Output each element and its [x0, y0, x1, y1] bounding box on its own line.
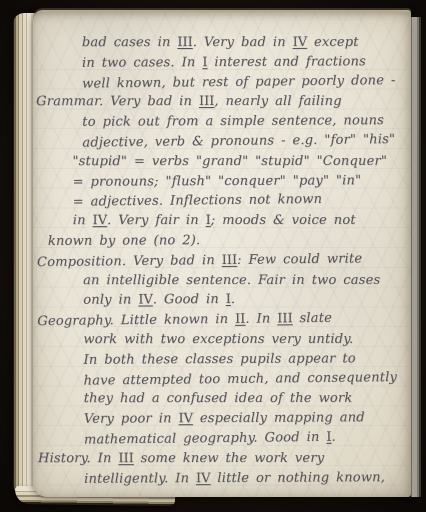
- class-numeral: I: [226, 292, 231, 307]
- class-numeral: III: [118, 451, 133, 466]
- class-numeral: IV: [93, 213, 108, 228]
- manuscript-line: known by one (no 2).: [35, 230, 409, 252]
- class-numeral: II: [235, 312, 245, 327]
- class-numeral: III: [222, 253, 238, 268]
- manuscript-line: = adjectives. Inflections not known: [35, 189, 409, 213]
- notebook-page: bad cases in III. Very bad in IV excepti…: [33, 12, 411, 497]
- manuscript-line: Geography. Little known in II. In III sl…: [35, 308, 409, 332]
- manuscript-line: mathematical geography. Good in I.: [36, 427, 410, 451]
- class-numeral: IV: [293, 35, 308, 50]
- manuscript-line: bad cases in III. Very bad in IV except: [34, 33, 408, 53]
- class-numeral: I: [326, 430, 331, 445]
- photo-background: bad cases in III. Very bad in IV excepti…: [0, 0, 426, 512]
- class-numeral: IV: [178, 411, 193, 426]
- class-numeral: III: [277, 311, 293, 326]
- manuscript-line: In both these classes pupils appear to: [35, 349, 409, 371]
- manuscript-line: have attempted too much, and consequentl…: [36, 367, 410, 391]
- class-numeral: I: [202, 55, 207, 70]
- manuscript-line: an intelligible sentence. Fair in two ca…: [35, 270, 409, 290]
- manuscript-line: "stupid" = verbs "grand" "stupid" "Conqu…: [34, 152, 408, 172]
- manuscript-line: adjective, verb & pronouns - e.g. "for" …: [34, 130, 408, 154]
- manuscript-line: work with two exceptions very untidy.: [35, 330, 409, 350]
- binding-gutter-edge: [411, 17, 421, 497]
- manuscript-line: Grammar. Very bad in III, nearly all fai…: [34, 92, 408, 112]
- manuscript-line: in two cases. In I interest and fraction…: [34, 52, 408, 74]
- class-numeral: III: [177, 35, 192, 50]
- page-stack-edges-left: [13, 13, 35, 497]
- class-numeral: III: [199, 94, 214, 109]
- class-numeral: IV: [138, 293, 153, 308]
- manuscript-text: bad cases in III. Very bad in IV excepti…: [34, 32, 410, 489]
- manuscript-line: they had a confused idea of the work: [36, 389, 410, 409]
- manuscript-line: intelligently. In IV little or nothing k…: [36, 468, 410, 490]
- manuscript-line: History. In III some knew the work very: [36, 449, 410, 469]
- manuscript-line: in IV. Very fair in I; moods & voice not: [35, 211, 409, 231]
- manuscript-line: Composition. Very bad in III: Few could …: [35, 249, 409, 273]
- class-numeral: I: [206, 213, 211, 228]
- class-numeral: IV: [196, 471, 211, 486]
